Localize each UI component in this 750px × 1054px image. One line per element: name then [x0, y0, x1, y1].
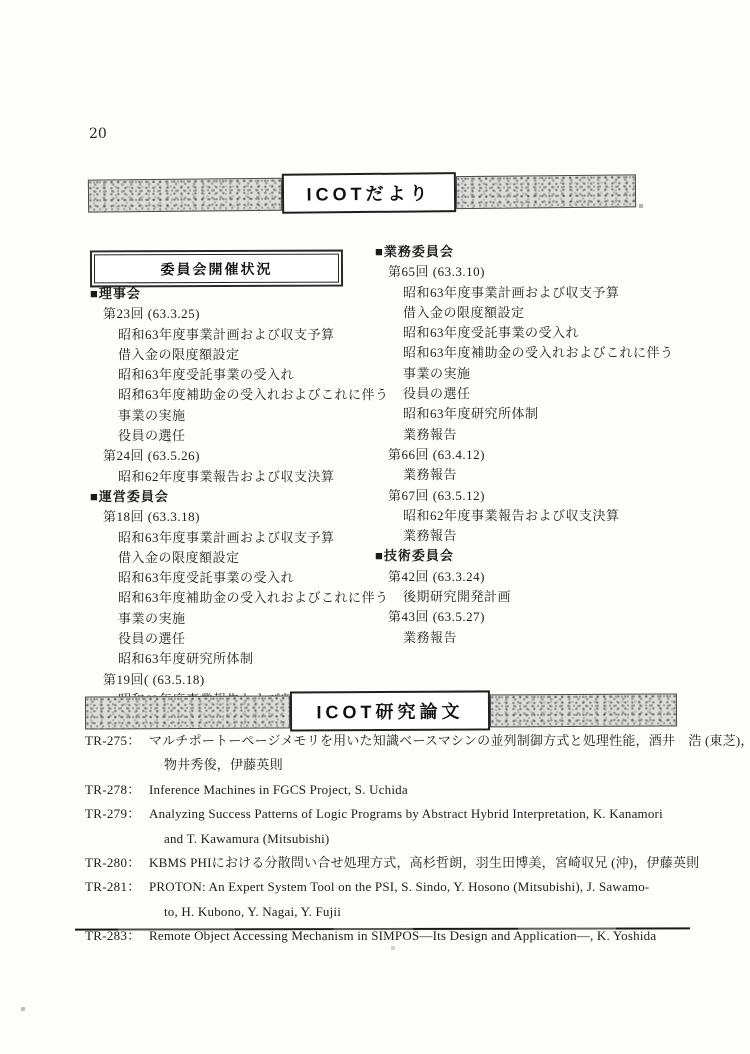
- paper-id: TR-280：: [85, 851, 149, 875]
- paper-text: KBMS PHIにおける分散問い合せ処理方式，高杉哲朗，羽生田博美，宮崎収兄 (…: [149, 851, 699, 875]
- paper-entry: TR-278：Inference Machines in FGCS Projec…: [85, 778, 685, 802]
- committee-line: 借入金の限度額設定: [90, 548, 385, 568]
- committee-line: 第67回 (63.5.12): [375, 486, 675, 506]
- paper-entry: TR-280：KBMS PHIにおける分散問い合せ処理方式，高杉哲朗，羽生田博美…: [85, 851, 685, 875]
- paper-line: 物井秀俊，伊藤英則: [149, 753, 750, 777]
- paper-text: Analyzing Success Patterns of Logic Prog…: [149, 802, 685, 851]
- committee-line: 借入金の限度額設定: [90, 345, 385, 365]
- committee-line: 第23回 (63.3.25): [90, 304, 385, 324]
- banner-icot-dayori: ICOTだより: [88, 170, 636, 215]
- committee-line: 第18回 (63.3.18): [90, 507, 385, 527]
- committee-line: 第24回 (63.5.26): [90, 446, 385, 466]
- committee-right-column: ■業務委員会第65回 (63.3.10)昭和63年度事業計画および収支予算借入金…: [375, 242, 675, 648]
- committee-line: 第65回 (63.3.10): [375, 262, 675, 282]
- hatch-box-left: [85, 695, 290, 729]
- hatch-box-left: [88, 177, 282, 212]
- committee-line: 役員の選任: [90, 629, 385, 649]
- document-page: 20 ICOTだより 委員会開催状況 ■理事会第23回 (63.3.25)昭和6…: [0, 0, 750, 1054]
- committee-line: 昭和62年度事業報告および収支決算: [375, 506, 675, 526]
- scan-specks: [0, 0, 2, 2]
- paper-id: TR-275：: [85, 729, 149, 753]
- committee-line: 昭和63年度事業計画および収支予算: [90, 528, 385, 548]
- paper-entry: TR-279：Analyzing Success Patterns of Log…: [85, 802, 685, 851]
- committee-line: ■運営委員会: [90, 487, 385, 507]
- paper-line: Inference Machines in FGCS Project, S. U…: [149, 778, 685, 802]
- paper-line: and T. Kawamura (Mitsubishi): [149, 827, 685, 851]
- committee-line: 事業の実施: [90, 406, 385, 426]
- paper-id: TR-281：: [85, 875, 149, 899]
- hatch-box-right: [456, 174, 636, 209]
- paper-entry: TR-275：マルチポートーページメモリを用いた知識ベースマシンの並列制御方式と…: [85, 729, 685, 778]
- paper-text: マルチポートーページメモリを用いた知識ベースマシンの並列制御方式と処理性能，酒井…: [149, 729, 750, 778]
- page-number: 20: [89, 126, 107, 142]
- paper-line: PROTON: An Expert System Tool on the PSI…: [149, 875, 685, 899]
- committee-status-title: 委員会開催状況: [94, 254, 339, 284]
- committee-line: 後期研究開発計画: [375, 587, 675, 607]
- banner-icot-papers: ICOT研究論文: [85, 689, 677, 732]
- banner-title-icot-dayori: ICOTだより: [282, 172, 456, 214]
- paper-line: KBMS PHIにおける分散問い合せ処理方式，高杉哲朗，羽生田博美，宮崎収兄 (…: [149, 851, 699, 875]
- committee-line: 第42回 (63.3.24): [375, 567, 675, 587]
- papers-list: TR-275：マルチポートーページメモリを用いた知識ベースマシンの並列制御方式と…: [85, 729, 685, 949]
- committee-line: 業務報告: [375, 425, 675, 445]
- paper-id: TR-279：: [85, 802, 149, 826]
- paper-line: to, H. Kubono, Y. Nagai, Y. Fujii: [149, 900, 685, 924]
- committee-line: ■理事会: [90, 284, 385, 304]
- banner-title-icot-papers: ICOT研究論文: [290, 690, 490, 731]
- paper-text: Inference Machines in FGCS Project, S. U…: [149, 778, 685, 802]
- paper-text: PROTON: An Expert System Tool on the PSI…: [149, 875, 685, 924]
- committee-line: 業務報告: [375, 628, 675, 648]
- committee-line: 昭和63年度補助金の受入れおよびこれに伴う: [90, 588, 385, 608]
- committee-line: 第19回( (63.5.18): [90, 670, 385, 690]
- committee-line: 第66回 (63.4.12): [375, 445, 675, 465]
- committee-line: ■業務委員会: [375, 242, 675, 262]
- committee-line: 借入金の限度額設定: [375, 303, 675, 323]
- committee-line: 昭和63年度事業計画および収支予算: [90, 325, 385, 345]
- committee-line: 昭和63年度受託事業の受入れ: [90, 568, 385, 588]
- committee-line: 昭和63年度研究所体制: [90, 649, 385, 669]
- committee-line: 昭和62年度事業報告および収支決算: [90, 467, 385, 487]
- committee-line: 業務報告: [375, 526, 675, 546]
- committee-line: 昭和63年度事業計画および収支予算: [375, 283, 675, 303]
- committee-line: 昭和63年度受託事業の受入れ: [375, 323, 675, 343]
- paper-line: マルチポートーページメモリを用いた知識ベースマシンの並列制御方式と処理性能，酒井…: [149, 729, 750, 753]
- hatch-box-right: [490, 693, 677, 727]
- committee-line: 事業の実施: [90, 609, 385, 629]
- committee-line: 昭和63年度補助金の受入れおよびこれに伴う: [375, 343, 675, 363]
- committee-line: 役員の選任: [90, 426, 385, 446]
- committee-line: 第43回 (63.5.27): [375, 607, 675, 627]
- committee-line: 役員の選任: [375, 384, 675, 404]
- committee-line: ■技術委員会: [375, 546, 675, 566]
- committee-line: 昭和63年度補助金の受入れおよびこれに伴う: [90, 385, 385, 405]
- paper-id: TR-278：: [85, 778, 149, 802]
- committee-line: 事業の実施: [375, 364, 675, 384]
- committee-line: 昭和63年度受託事業の受入れ: [90, 365, 385, 385]
- paper-entry: TR-281：PROTON: An Expert System Tool on …: [85, 875, 685, 924]
- paper-line: Analyzing Success Patterns of Logic Prog…: [149, 802, 685, 826]
- committee-line: 業務報告: [375, 465, 675, 485]
- committee-left-column: ■理事会第23回 (63.3.25)昭和63年度事業計画および収支予算借入金の限…: [90, 284, 385, 710]
- committee-line: 昭和63年度研究所体制: [375, 404, 675, 424]
